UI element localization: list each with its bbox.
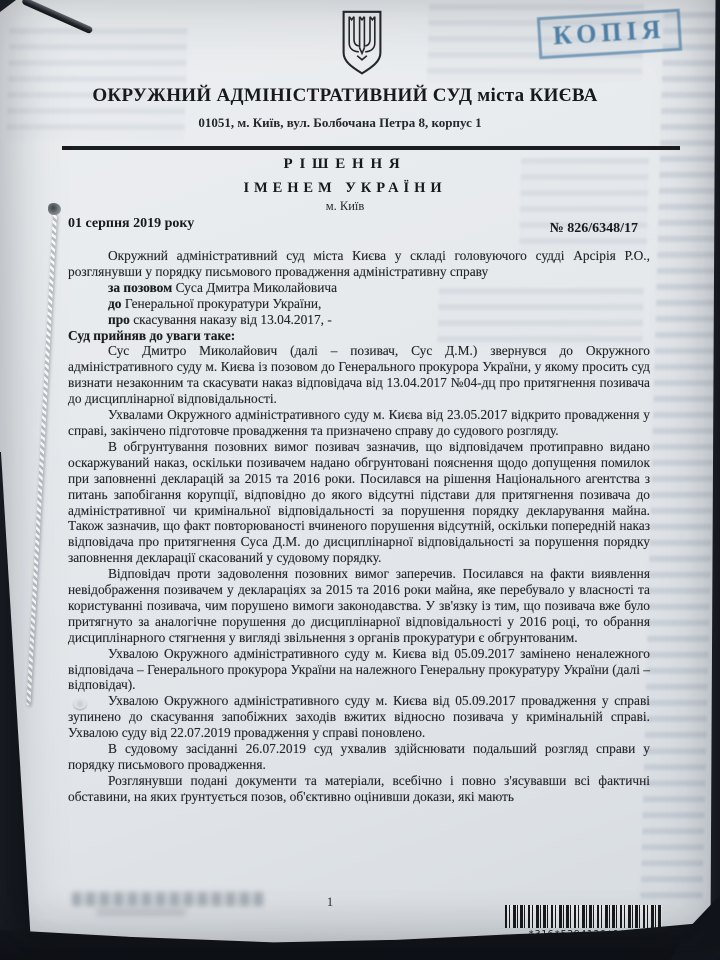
party-label: за позовом bbox=[108, 280, 172, 295]
in-name-of-ukraine-heading: ІМЕНЕМ УКРАЇНИ bbox=[0, 180, 690, 197]
court-address: 01051, м. Київ, вул. Болбочана Петра 8, … bbox=[0, 115, 680, 131]
body-paragraph: Ухвалами Окружного адміністративного суд… bbox=[68, 407, 650, 439]
party-defendant-line: до Генеральної прокуратури України, bbox=[108, 296, 650, 312]
barcode bbox=[505, 905, 662, 928]
party-text: Генеральної прокуратури України, bbox=[125, 296, 322, 311]
case-number: № 826/6348/17 bbox=[550, 221, 638, 237]
decision-date: 01 серпня 2019 року bbox=[68, 216, 194, 232]
party-label: до bbox=[108, 296, 121, 311]
binding-hole-bottom bbox=[74, 699, 86, 709]
body-paragraph: Сус Дмитро Миколайович (далі – позивач, … bbox=[68, 343, 650, 407]
binding-hole-top bbox=[48, 203, 61, 215]
intro-paragraph: Окружний адміністративний суд міста Києв… bbox=[68, 248, 650, 280]
decision-heading: РІШЕННЯ bbox=[0, 156, 690, 173]
court-document-photo: КОПІЯ ОКРУЖНИЙ АДМІНІСТРАТИВНИЙ СУД міст… bbox=[0, 0, 720, 960]
consider-heading: Суд прийняв до уваги таке: bbox=[68, 328, 650, 344]
ukraine-trident-emblem-icon bbox=[338, 9, 386, 82]
body-paragraph: Ухвалою Окружного адміністративного суду… bbox=[68, 646, 650, 694]
city-label: м. Київ bbox=[0, 199, 690, 214]
party-subject-line: про скасування наказу від 13.04.2017, - bbox=[108, 312, 650, 328]
header-divider bbox=[62, 146, 680, 150]
body-paragraph: В судовому засіданні 26.07.2019 суд ухва… bbox=[68, 741, 650, 773]
photo-edge-right bbox=[710, 0, 720, 930]
court-name-title: ОКРУЖНИЙ АДМІНІСТРАТИВНИЙ СУД міста КИЄВ… bbox=[0, 85, 690, 107]
body-paragraph: Ухвалою Окружного адміністративного суду… bbox=[68, 693, 650, 741]
party-text: скасування наказу від 13.04.2017, - bbox=[133, 312, 332, 327]
party-label: про bbox=[108, 312, 130, 327]
copy-stamp: КОПІЯ bbox=[537, 9, 682, 60]
body-paragraph: Відповідач проти задоволення позовних ви… bbox=[68, 566, 650, 646]
photo-edge-top-left bbox=[0, 0, 16, 12]
body-paragraph: В обгрунтування позовних вимог позивач з… bbox=[68, 439, 650, 566]
body-paragraph: Розглянувши подані документи та матеріал… bbox=[68, 773, 650, 805]
photo-edge-left bbox=[0, 452, 32, 960]
party-text: Суса Дмитра Миколайовича bbox=[176, 280, 338, 295]
pen-tip-artifact bbox=[21, 0, 93, 34]
party-claimant-line: за позовом Суса Дмитра Миколайовича bbox=[108, 280, 650, 296]
binding-thread bbox=[26, 214, 57, 705]
parties-block: за позовом Суса Дмитра Миколайовича до Г… bbox=[108, 280, 650, 328]
decision-body: Окружний адміністративний суд міста Києв… bbox=[68, 248, 650, 805]
